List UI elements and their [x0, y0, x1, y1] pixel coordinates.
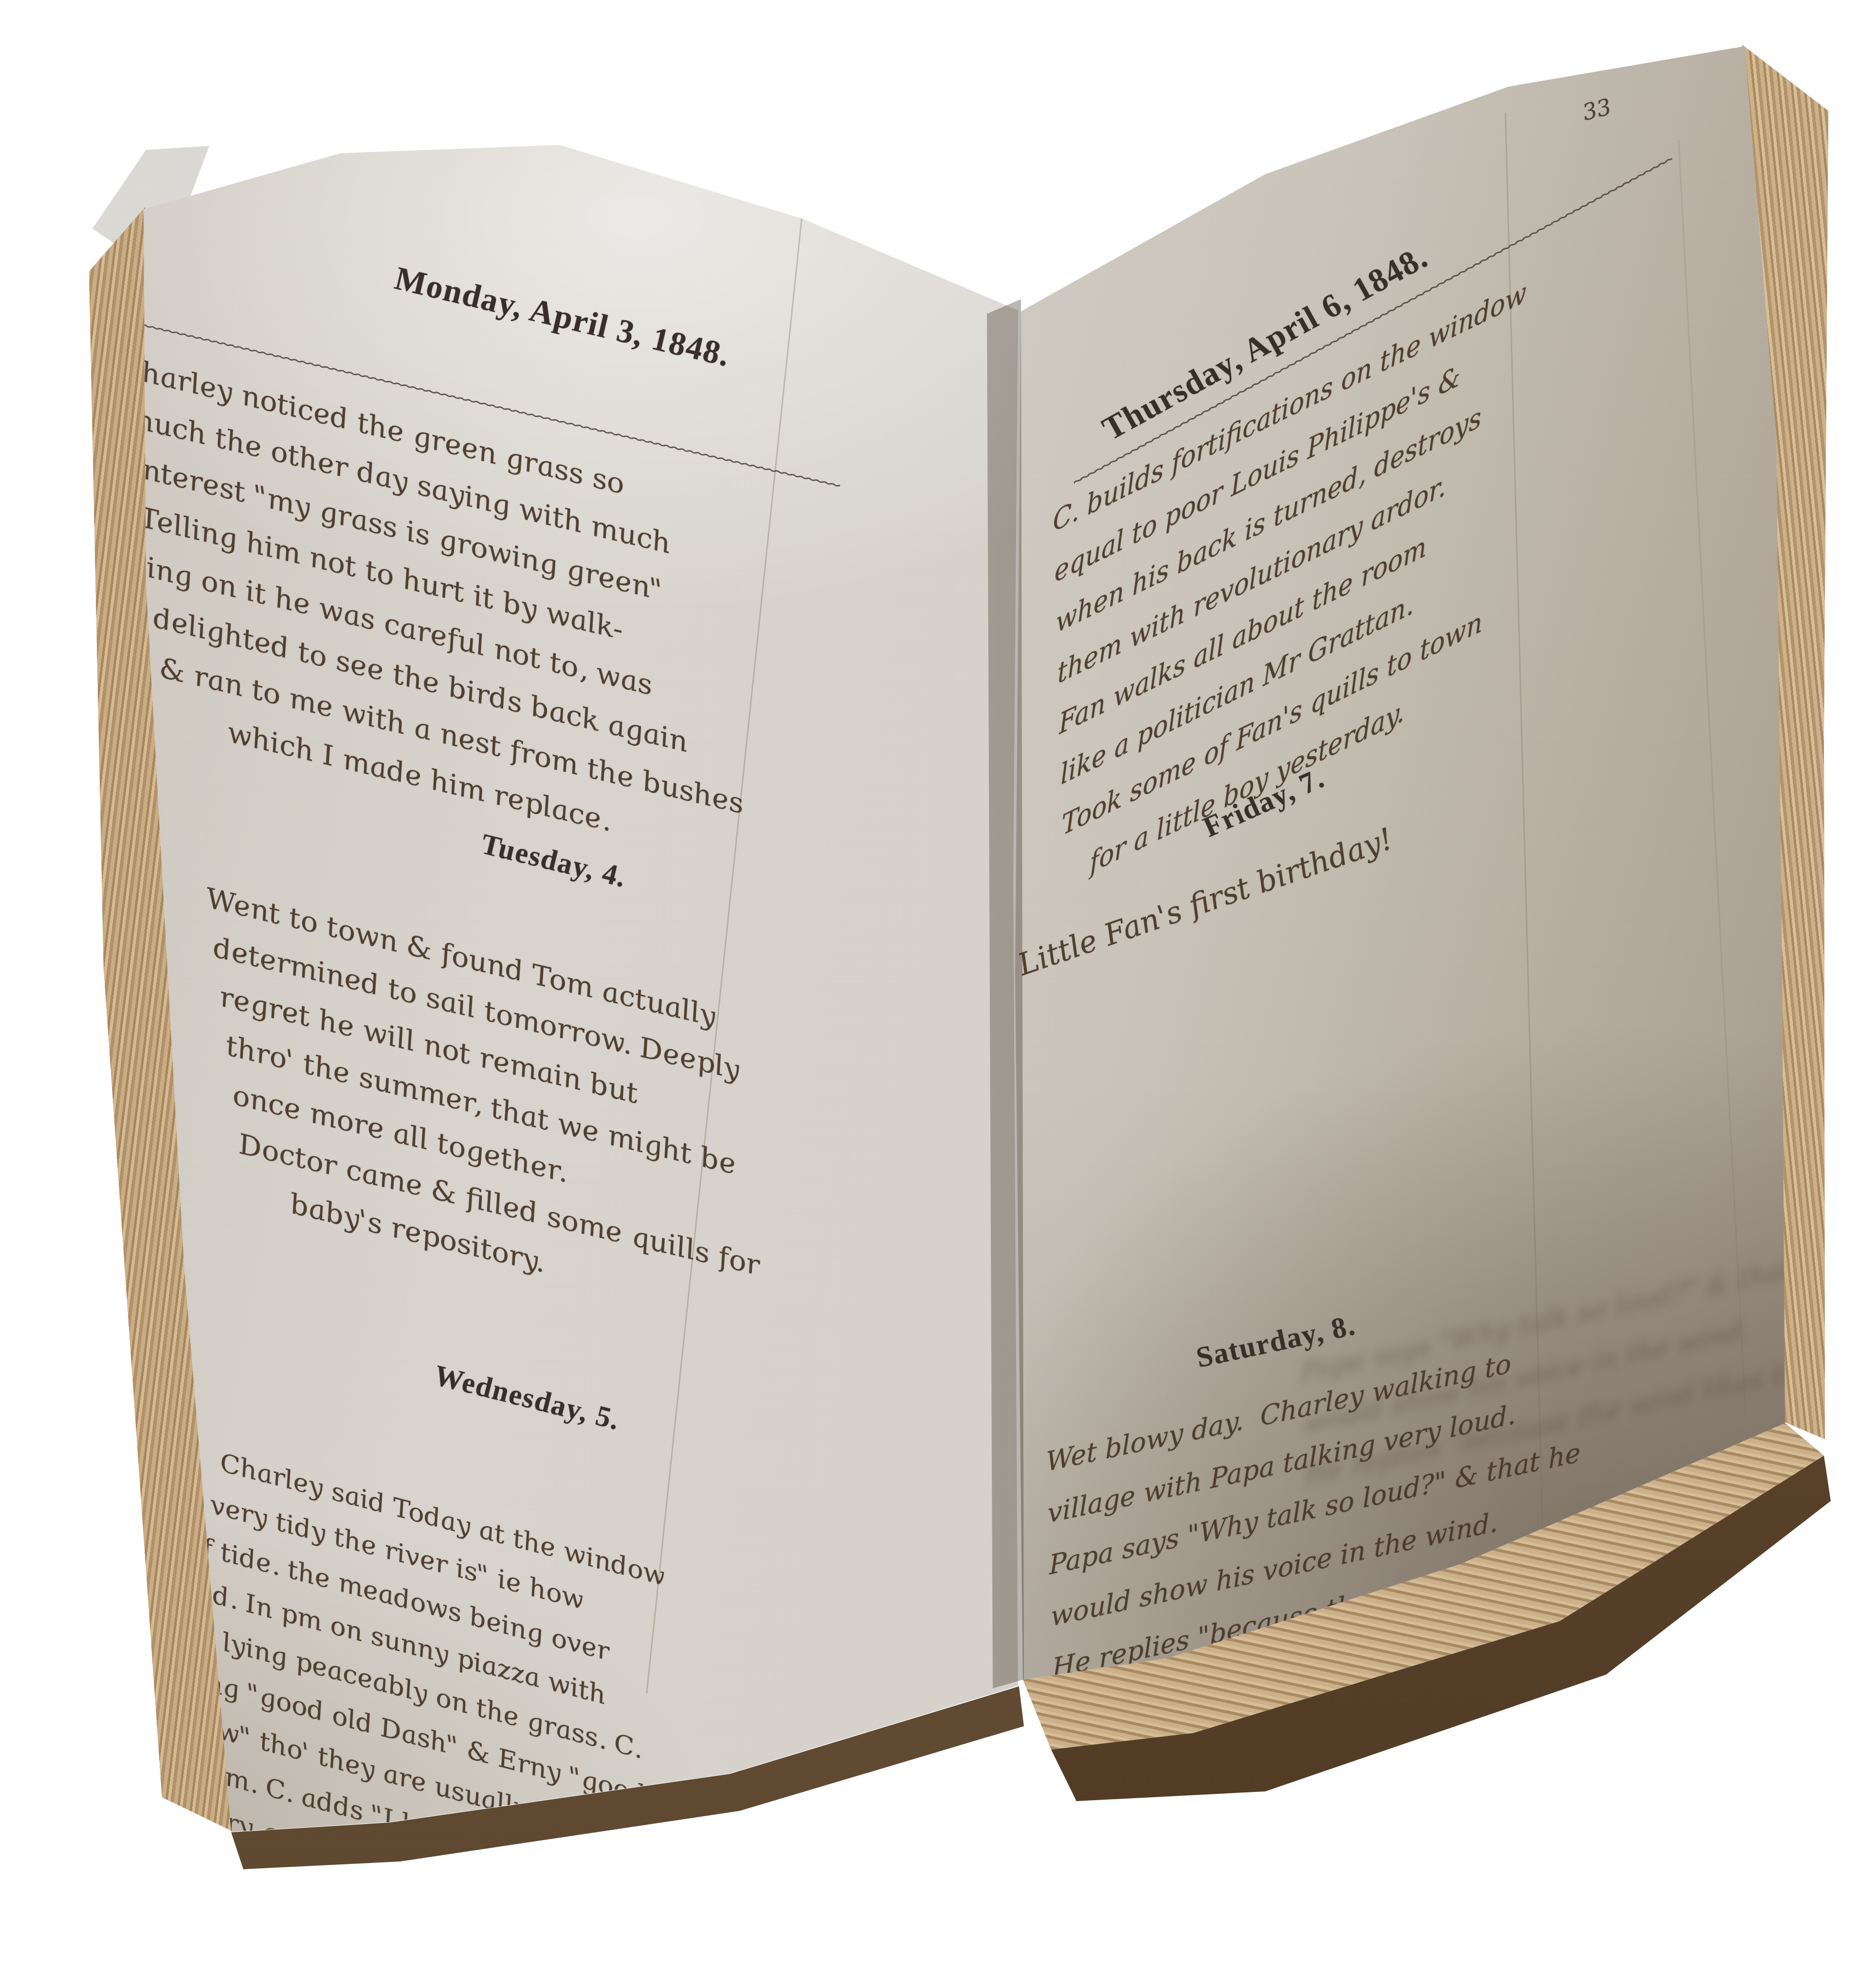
day-header-wednesday: Wednesday, 5. [431, 1358, 623, 1437]
diary-photo: Monday, April 3, 1848. Charley noticed t… [0, 0, 1876, 1969]
page-number: 33 [1580, 93, 1614, 126]
ledger-rule-line [1678, 140, 1746, 1413]
day-header-monday: Monday, April 3, 1848. [391, 259, 734, 375]
ledger-rule-line [646, 130, 812, 1694]
entry-tuesday: Went to town & found Tom actually determ… [203, 873, 775, 1341]
entry-monday: Charley noticed the green grass so much … [117, 342, 753, 880]
